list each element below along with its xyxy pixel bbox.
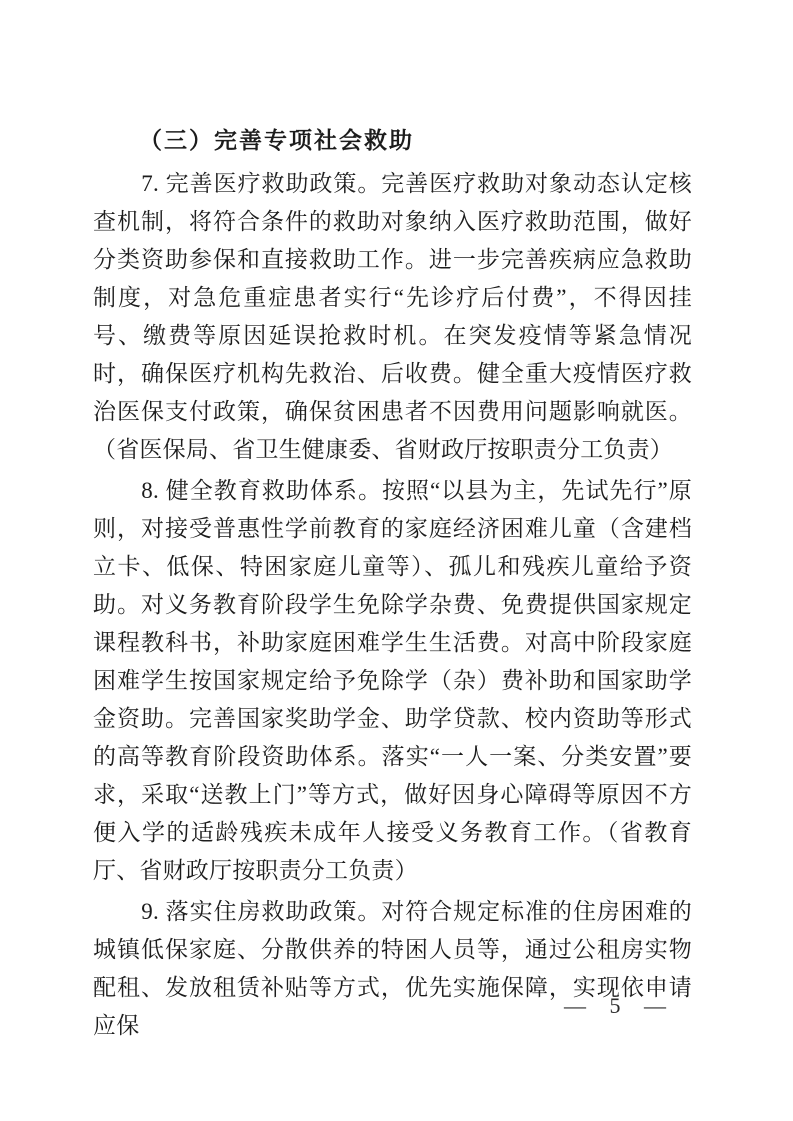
document-body: （三）完善专项社会救助 7. 完善医疗救助政策。完善医疗救助对象动态认定核查机制… (93, 121, 692, 1048)
document-page: （三）完善专项社会救助 7. 完善医疗救助政策。完善医疗救助对象动态认定核查机制… (0, 0, 793, 1121)
section-heading: （三）完善专项社会救助 (93, 121, 692, 160)
paragraph-medical-assistance: 7. 完善医疗救助政策。完善医疗救助对象动态认定核查机制，将符合条件的救助对象纳… (93, 165, 692, 469)
paragraph-housing-assistance: 9. 落实住房救助政策。对符合规定标准的住房困难的城镇低保家庭、分散供养的特困人… (93, 893, 692, 1045)
paragraph-education-assistance: 8. 健全教育救助体系。按照“以县为主，先试先行”原则，对接受普惠性学前教育的家… (93, 472, 692, 890)
page-number: — 5 — (564, 993, 669, 1019)
